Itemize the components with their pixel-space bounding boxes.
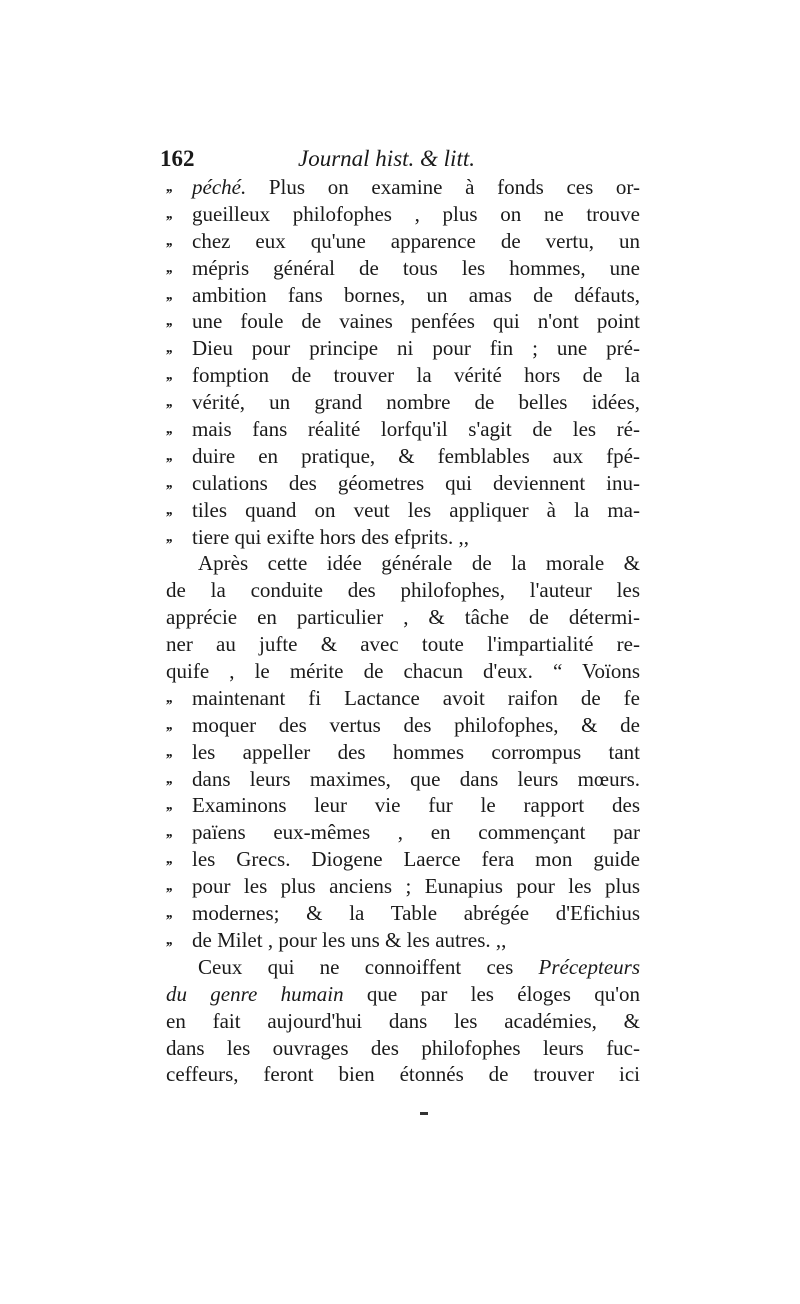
quote-mark: ,, <box>166 846 172 873</box>
quote-mark: ,, <box>166 470 172 497</box>
text-line: quife , le mérite de chacun d'eux. “ Voï… <box>158 658 640 685</box>
text-line: ,,gueilleux philofophes , plus on ne tro… <box>158 201 640 228</box>
text-line: ,,maintenant fi Lactance avoit raifon de… <box>158 685 640 712</box>
quote-mark: ,, <box>166 389 172 416</box>
text-line: ,,Examinons leur vie fur le rapport des <box>158 792 640 819</box>
quote-mark: ,, <box>166 497 172 524</box>
quote-mark: ,, <box>166 416 172 443</box>
text-line: en fait aujourd'hui dans les académies, … <box>158 1008 640 1035</box>
quote-mark: ,, <box>166 335 172 362</box>
paragraph-start-line: Ceux qui ne connoiffent ces Précepteurs <box>158 954 640 981</box>
quote-mark: ,, <box>166 873 172 900</box>
quote-mark: ,, <box>166 792 172 819</box>
quote-mark: ,, <box>166 228 172 255</box>
print-mark <box>420 1112 428 1115</box>
text-line: ,,modernes; & la Table abrégée d'Efichiu… <box>158 900 640 927</box>
text-line: ,,tiles quand on veut les appliquer à la… <box>158 497 640 524</box>
page-number: 162 <box>160 146 195 172</box>
text-line: ,,Dieu pour principe ni pour fin ; une p… <box>158 335 640 362</box>
quote-mark: ,, <box>166 201 172 228</box>
text-line: ,,pour les plus anciens ; Eunapius pour … <box>158 873 640 900</box>
text-line: ,,culations des géometres qui deviennent… <box>158 470 640 497</box>
text-line: ,,dans leurs maximes, que dans leurs mœu… <box>158 766 640 793</box>
quote-mark: ,, <box>166 308 172 335</box>
text-line: ,,les appeller des hommes corrompus tant <box>158 739 640 766</box>
page-header: 162 Journal hist. & litt. <box>158 146 640 174</box>
text-line: apprécie en particulier , & tâche de dét… <box>158 604 640 631</box>
quote-mark: ,, <box>166 819 172 846</box>
text-line: dans les ouvrages des philofophes leurs … <box>158 1035 640 1062</box>
quote-mark: ,, <box>166 255 172 282</box>
book-page: 162 Journal hist. & litt. ,,péché. Plus … <box>158 146 640 1088</box>
text-line: ,,mépris général de tous les hommes, une <box>158 255 640 282</box>
text-line: ,,une foule de vaines penfées qui n'ont … <box>158 308 640 335</box>
text-line: ,,moquer des vertus des philofophes, & d… <box>158 712 640 739</box>
quote-mark: ,, <box>166 685 172 712</box>
quote-mark: ,, <box>166 174 172 201</box>
text-line: ,,péché. Plus on examine à fonds ces or- <box>158 174 640 201</box>
text-line: ,,les Grecs. Diogene Laerce fera mon gui… <box>158 846 640 873</box>
text-line: ceffeurs, feront bien étonnés de trouver… <box>158 1061 640 1088</box>
text-line: ,,chez eux qu'une apparence de vertu, un <box>158 228 640 255</box>
body-text: ,,péché. Plus on examine à fonds ces or-… <box>158 174 640 1088</box>
text-line: de la conduite des philofophes, l'auteur… <box>158 577 640 604</box>
text-line: ,,mais fans réalité lorfqu'il s'agit de … <box>158 416 640 443</box>
text-line: ,,fomption de trouver la vérité hors de … <box>158 362 640 389</box>
text-line: ,,vérité, un grand nombre de belles idée… <box>158 389 640 416</box>
quote-mark: ,, <box>166 362 172 389</box>
quote-mark: ,, <box>166 927 172 954</box>
text-line: ,,duire en pratique, & femblables aux fp… <box>158 443 640 470</box>
text-line: ,,tiere qui exifte hors des efprits. ,, <box>158 524 640 551</box>
text-line: ,,ambition fans bornes, un amas de défau… <box>158 282 640 309</box>
text-line: ,,de Milet , pour les uns & les autres. … <box>158 927 640 954</box>
quote-mark: ,, <box>166 712 172 739</box>
paragraph-start-line: Après cette idée générale de la morale & <box>158 550 640 577</box>
quote-mark: ,, <box>166 282 172 309</box>
quote-mark: ,, <box>166 739 172 766</box>
text-line: ,,païens eux-mêmes , en commençant par <box>158 819 640 846</box>
quote-mark: ,, <box>166 766 172 793</box>
quote-mark: ,, <box>166 443 172 470</box>
quote-mark: ,, <box>166 900 172 927</box>
text-line: ner au jufte & avec toute l'impartialité… <box>158 631 640 658</box>
quote-mark: ,, <box>166 524 172 551</box>
running-title: Journal hist. & litt. <box>298 146 475 172</box>
text-line: du genre humain que par les éloges qu'on <box>158 981 640 1008</box>
